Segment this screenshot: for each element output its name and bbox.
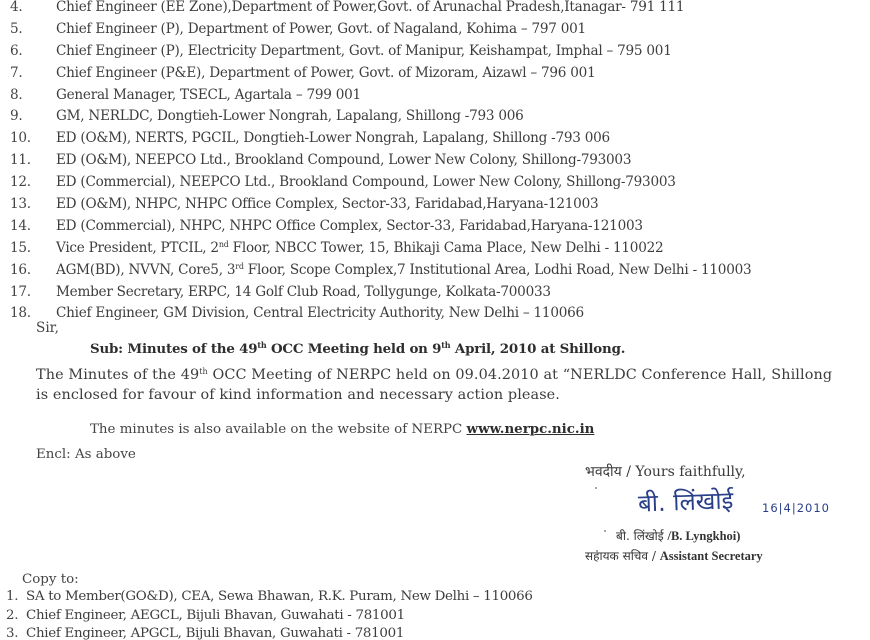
item-text: Chief Engineer (P), Electricity Departme… <box>56 41 672 63</box>
addressee-item: 18. Chief Engineer, GM Division, Central… <box>0 303 870 325</box>
scan-speck <box>604 530 606 532</box>
item-number: 7. <box>10 63 22 85</box>
item-text: GM, NERLDC, Dongtieh-Lower Nongrah, Lapa… <box>56 106 524 128</box>
item-text: SA to Member(GO&D), CEA, Sewa Bhawan, R.… <box>26 588 533 607</box>
copy-item: 3. Chief Engineer, APGCL, Bijuli Bhavan,… <box>0 625 870 640</box>
item-number: 13. <box>10 194 31 216</box>
item-number: 10. <box>10 128 31 150</box>
item-number: 2. <box>6 607 18 626</box>
item-text: Chief Engineer (P&E), Department of Powe… <box>56 63 595 85</box>
item-number: 11. <box>10 150 31 172</box>
website-note: The minutes is also available on the web… <box>90 421 594 437</box>
handwritten-signature: बी. लिंखोई <box>637 483 733 519</box>
body-paragraph: The Minutes of the 49th OCC Meeting of N… <box>36 365 836 405</box>
addressee-list: 4. Chief Engineer (EE Zone),Department o… <box>0 0 870 325</box>
addressee-item: 10. ED (O&M), NERTS, PGCIL, Dongtieh-Low… <box>0 128 870 150</box>
item-text: Member Secretary, ERPC, 14 Golf Club Roa… <box>56 282 551 304</box>
item-number: 12. <box>10 172 31 194</box>
addressee-item: 9. GM, NERLDC, Dongtieh-Lower Nongrah, L… <box>0 106 870 128</box>
item-text: AGM(BD), NVVN, Core5, 3rd Floor, Scope C… <box>56 260 751 282</box>
copy-to-label: Copy to: <box>22 572 79 587</box>
copy-item: 1. SA to Member(GO&D), CEA, Sewa Bhawan,… <box>0 588 870 607</box>
addressee-item: 15. Vice President, PTCIL, 2nd Floor, NB… <box>0 238 870 260</box>
addressee-item: 7. Chief Engineer (P&E), Department of P… <box>0 63 870 85</box>
addressee-item: 17. Member Secretary, ERPC, 14 Golf Club… <box>0 282 870 304</box>
scan-speck <box>595 487 597 489</box>
item-number: 18. <box>10 303 31 325</box>
addressee-item: 13. ED (O&M), NHPC, NHPC Office Complex,… <box>0 194 870 216</box>
website-link[interactable]: www.nerpc.nic.in <box>467 421 595 437</box>
addressee-item: 14. ED (Commercial), NHPC, NHPC Office C… <box>0 216 870 238</box>
item-text: ED (Commercial), NHPC, NHPC Office Compl… <box>56 216 643 238</box>
item-text: Chief Engineer, AEGCL, Bijuli Bhavan, Gu… <box>26 607 405 626</box>
item-text: General Manager, TSECL, Agartala – 799 0… <box>56 85 361 107</box>
addressee-item: 12. ED (Commercial), NEEPCO Ltd., Brookl… <box>0 172 870 194</box>
item-number: 17. <box>10 282 31 304</box>
item-number: 5. <box>10 19 22 41</box>
item-number: 4. <box>10 0 22 19</box>
addressee-item: 4. Chief Engineer (EE Zone),Department o… <box>0 0 870 19</box>
signature-date: 16|4|2010 <box>762 501 830 515</box>
addressee-item: 8. General Manager, TSECL, Agartala – 79… <box>0 85 870 107</box>
item-number: 3. <box>6 625 18 640</box>
copy-item: 2. Chief Engineer, AEGCL, Bijuli Bhavan,… <box>0 607 870 626</box>
addressee-item: 11. ED (O&M), NEEPCO Ltd., Brookland Com… <box>0 150 870 172</box>
item-number: 9. <box>10 106 22 128</box>
item-text: ED (Commercial), NEEPCO Ltd., Brookland … <box>56 172 676 194</box>
item-number: 6. <box>10 41 22 63</box>
copy-to-list: 1. SA to Member(GO&D), CEA, Sewa Bhawan,… <box>0 588 870 640</box>
item-text: ED (O&M), NERTS, PGCIL, Dongtieh-Lower N… <box>56 128 610 150</box>
subject-line: Sub: Minutes of the 49th OCC Meeting hel… <box>90 341 625 357</box>
item-text: ED (O&M), NHPC, NHPC Office Complex, Sec… <box>56 194 598 216</box>
item-text: Chief Engineer (P), Department of Power,… <box>56 19 586 41</box>
closing: भवदीय / Yours faithfully, <box>585 462 746 481</box>
addressee-item: 16. AGM(BD), NVVN, Core5, 3rd Floor, Sco… <box>0 260 870 282</box>
item-text: Chief Engineer (EE Zone),Department of P… <box>56 0 684 19</box>
item-number: 15. <box>10 238 31 260</box>
item-number: 8. <box>10 85 22 107</box>
item-number: 1. <box>6 588 18 607</box>
item-number: 14. <box>10 216 31 238</box>
addressee-item: 5. Chief Engineer (P), Department of Pow… <box>0 19 870 41</box>
enclosure-note: Encl: As above <box>36 447 136 462</box>
item-text: Chief Engineer, APGCL, Bijuli Bhavan, Gu… <box>26 625 404 640</box>
item-number: 16. <box>10 260 31 282</box>
salutation: Sir, <box>36 320 59 336</box>
signer-name: बी. लिंखोई /B. Lyngkhoi) <box>616 527 740 544</box>
item-text: Vice President, PTCIL, 2nd Floor, NBCC T… <box>56 238 663 260</box>
item-text: Chief Engineer, GM Division, Central Ele… <box>56 303 584 325</box>
signer-title: सहायक सचिव / Assistant Secretary <box>585 547 763 564</box>
addressee-item: 6. Chief Engineer (P), Electricity Depar… <box>0 41 870 63</box>
item-text: ED (O&M), NEEPCO Ltd., Brookland Compoun… <box>56 150 631 172</box>
